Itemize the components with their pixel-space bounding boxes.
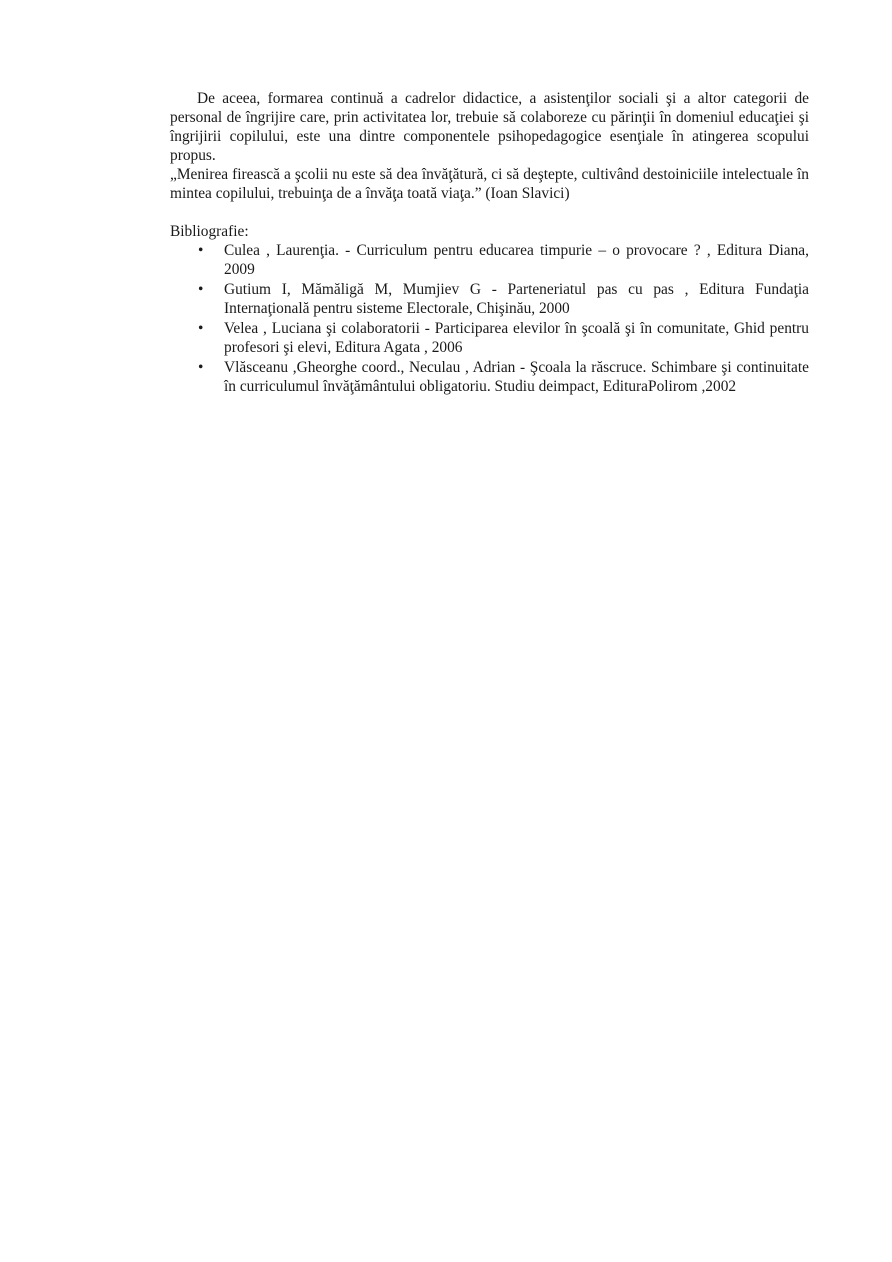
- document-page: De aceea, formarea continuă a cadrelor d…: [170, 89, 809, 397]
- bibliography-list: • Culea , Laurenţia. - Curriculum pentru…: [170, 241, 809, 396]
- bibliography-item-text: Culea , Laurenţia. - Curriculum pentru e…: [224, 242, 809, 278]
- bibliography-item: • Vlăsceanu ,Gheorghe coord., Neculau , …: [170, 358, 809, 396]
- bibliography-item-text: Gutium I, Mămăligă M, Mumjiev G - Parten…: [224, 281, 809, 317]
- bibliography-heading: Bibliografie:: [170, 222, 809, 241]
- bibliography-item: • Velea , Luciana şi colaboratorii - Par…: [170, 319, 809, 357]
- spacer: [170, 203, 809, 222]
- bullet-icon: •: [198, 319, 203, 338]
- bibliography-item-text: Vlăsceanu ,Gheorghe coord., Neculau , Ad…: [224, 359, 809, 395]
- bullet-icon: •: [198, 241, 203, 260]
- bullet-icon: •: [198, 358, 203, 377]
- bullet-icon: •: [198, 280, 203, 299]
- quote-paragraph: „Menirea firească a şcolii nu este să de…: [170, 165, 809, 203]
- bibliography-item-text: Velea , Luciana şi colaboratorii - Parti…: [224, 320, 809, 356]
- body-paragraph: De aceea, formarea continuă a cadrelor d…: [170, 89, 809, 165]
- bibliography-item: • Gutium I, Mămăligă M, Mumjiev G - Part…: [170, 280, 809, 318]
- bibliography-item: • Culea , Laurenţia. - Curriculum pentru…: [170, 241, 809, 279]
